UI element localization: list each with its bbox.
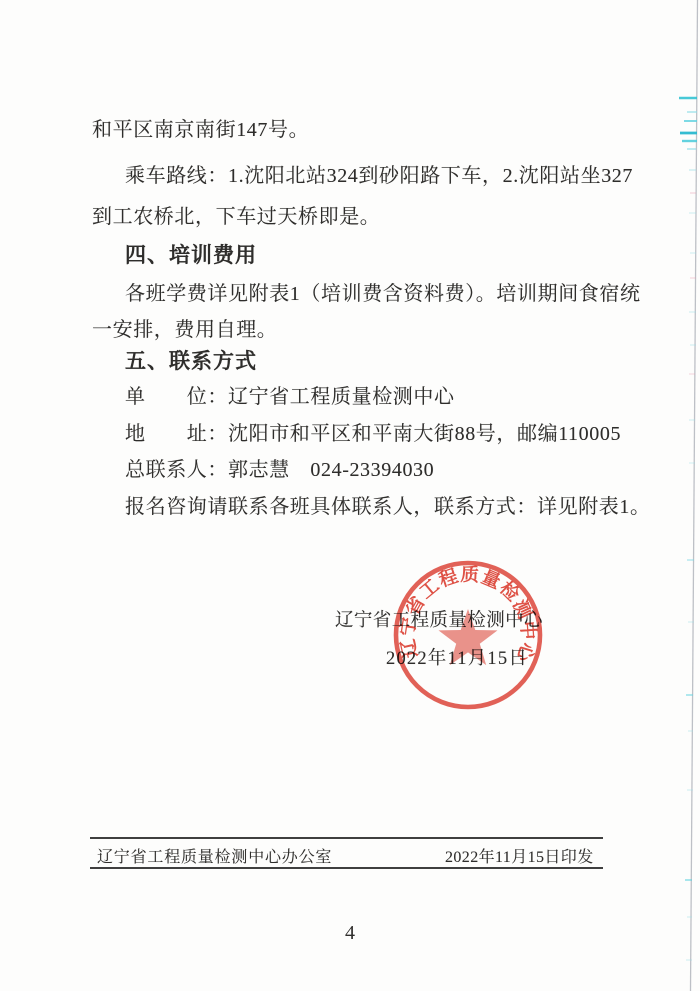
body-line-contact-person: 总联系人：郭志慧 024-23394030 bbox=[125, 459, 434, 481]
body-line-address-detail: 地 址：沈阳市和平区和平南大街88号，邮编110005 bbox=[125, 423, 621, 445]
body-line-unit: 单 位：辽宁省工程质量检测中心 bbox=[125, 386, 455, 408]
body-line-fees-1: 各班学费详见附表1（培训费含资料费）。培训期间食宿统 bbox=[125, 283, 641, 305]
body-line-fees-2: 一安排，费用自理。 bbox=[92, 319, 277, 341]
seal-star-icon bbox=[439, 609, 498, 665]
footer-rule-bottom bbox=[90, 867, 603, 869]
body-line-address: 和平区南京南街147号。 bbox=[92, 119, 309, 141]
scan-tick-marks bbox=[679, 98, 697, 960]
footer-print-date: 2022年11月15日印发 bbox=[445, 844, 594, 867]
scanned-document-page: 和平区南京南街147号。 乘车路线：1.沈阳北站324到砂阳路下车，2.沈阳站坐… bbox=[0, 0, 700, 991]
footer-issuing-office: 辽宁省工程质量检测中心办公室 bbox=[97, 844, 332, 867]
official-seal-stamp: 辽宁省工程质量检测中心 bbox=[390, 556, 550, 716]
page-edge-line bbox=[691, 0, 698, 991]
body-line-bus-route-2: 到工农桥北，下车过天桥即是。 bbox=[92, 206, 380, 228]
section-heading-fees: 四、培训费用 bbox=[125, 245, 257, 267]
footer-rule-top bbox=[90, 837, 603, 839]
page-number: 4 bbox=[0, 922, 700, 945]
body-line-consult: 报名咨询请联系各班具体联系人，联系方式：详见附表1。 bbox=[125, 496, 651, 518]
section-heading-contact: 五、联系方式 bbox=[125, 351, 257, 373]
body-line-bus-route-1: 乘车路线：1.沈阳北站324到砂阳路下车，2.沈阳站坐327 bbox=[125, 165, 633, 187]
